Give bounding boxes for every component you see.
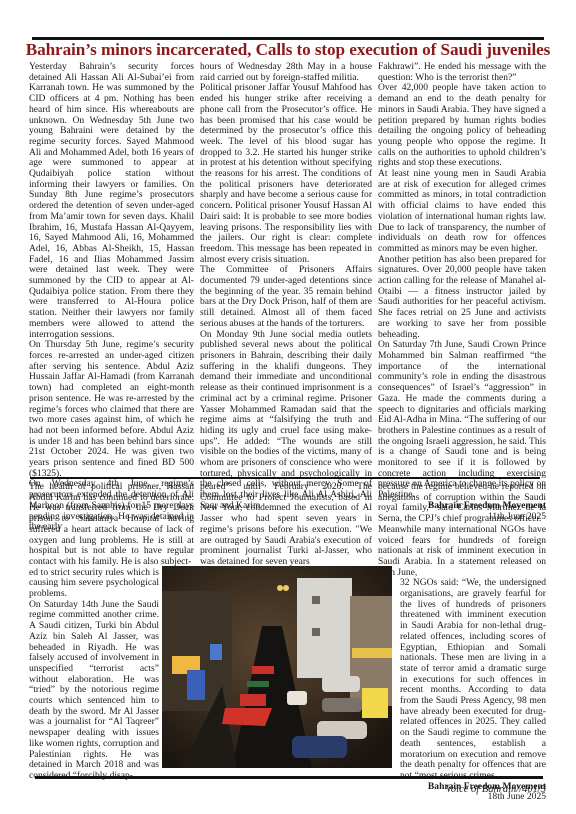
top-column-3: Fakhrawi”. He ended his message with the…: [378, 62, 546, 522]
top-column-1: Yesterday Bahrain’s security forces deta…: [29, 62, 194, 533]
paragraph: Political prisoner Jaffar Yousuf Mahfood…: [200, 83, 372, 265]
article-headline: Bahrain’s minors incarcerated, Calls to …: [0, 40, 576, 60]
paragraph: peared” until February 2020. The Committ…: [200, 482, 372, 568]
wrapped-text: 32 NGOs said: “We, the undersigned organ…: [400, 578, 546, 803]
section-divider: [30, 477, 540, 479]
bottom-column-3: because the regime believed he reported …: [378, 482, 546, 803]
paragraph: Over 42,000 people have taken action to …: [378, 83, 546, 169]
paragraph: 32 NGOs said: “We, the undersigned organ…: [400, 578, 546, 781]
paragraph: Fakhrawi”. He ended his message with the…: [378, 62, 546, 83]
paragraph: Another petition has also been prepared …: [378, 255, 546, 341]
paragraph: because the regime believed he reported …: [378, 482, 546, 525]
paragraph: ed to strict security rules which is cau…: [29, 568, 159, 600]
paragraph: Meanwhile many international NGOs have v…: [378, 525, 546, 579]
paragraph: The Committee of Prisoners Affairs docum…: [200, 265, 372, 329]
paragraph: On Thursday 5th June, regime’s security …: [29, 340, 194, 479]
page-footer: Voice of Bahrain//401/3: [0, 784, 546, 795]
bottom-rule: [35, 776, 543, 779]
protest-march-photo: [162, 566, 392, 768]
paragraph: The health of political prisoner, Hassan…: [29, 482, 194, 568]
top-column-2: hours of Wednesday 28th May in a house r…: [200, 62, 372, 512]
paragraph: hours of Wednesday 28th May in a house r…: [200, 62, 372, 83]
paragraph: At least nine young men in Saudi Arabia …: [378, 169, 546, 255]
photo-illustration: [162, 566, 392, 768]
paragraph: On Saturday 14th June the Saudi regime c…: [29, 600, 159, 782]
bottom-column-2: peared” until February 2020. The Committ…: [200, 482, 372, 568]
wrapped-text: ed to strict security rules which is cau…: [29, 568, 159, 782]
paragraph: Yesterday Bahrain’s security forces deta…: [29, 62, 194, 340]
